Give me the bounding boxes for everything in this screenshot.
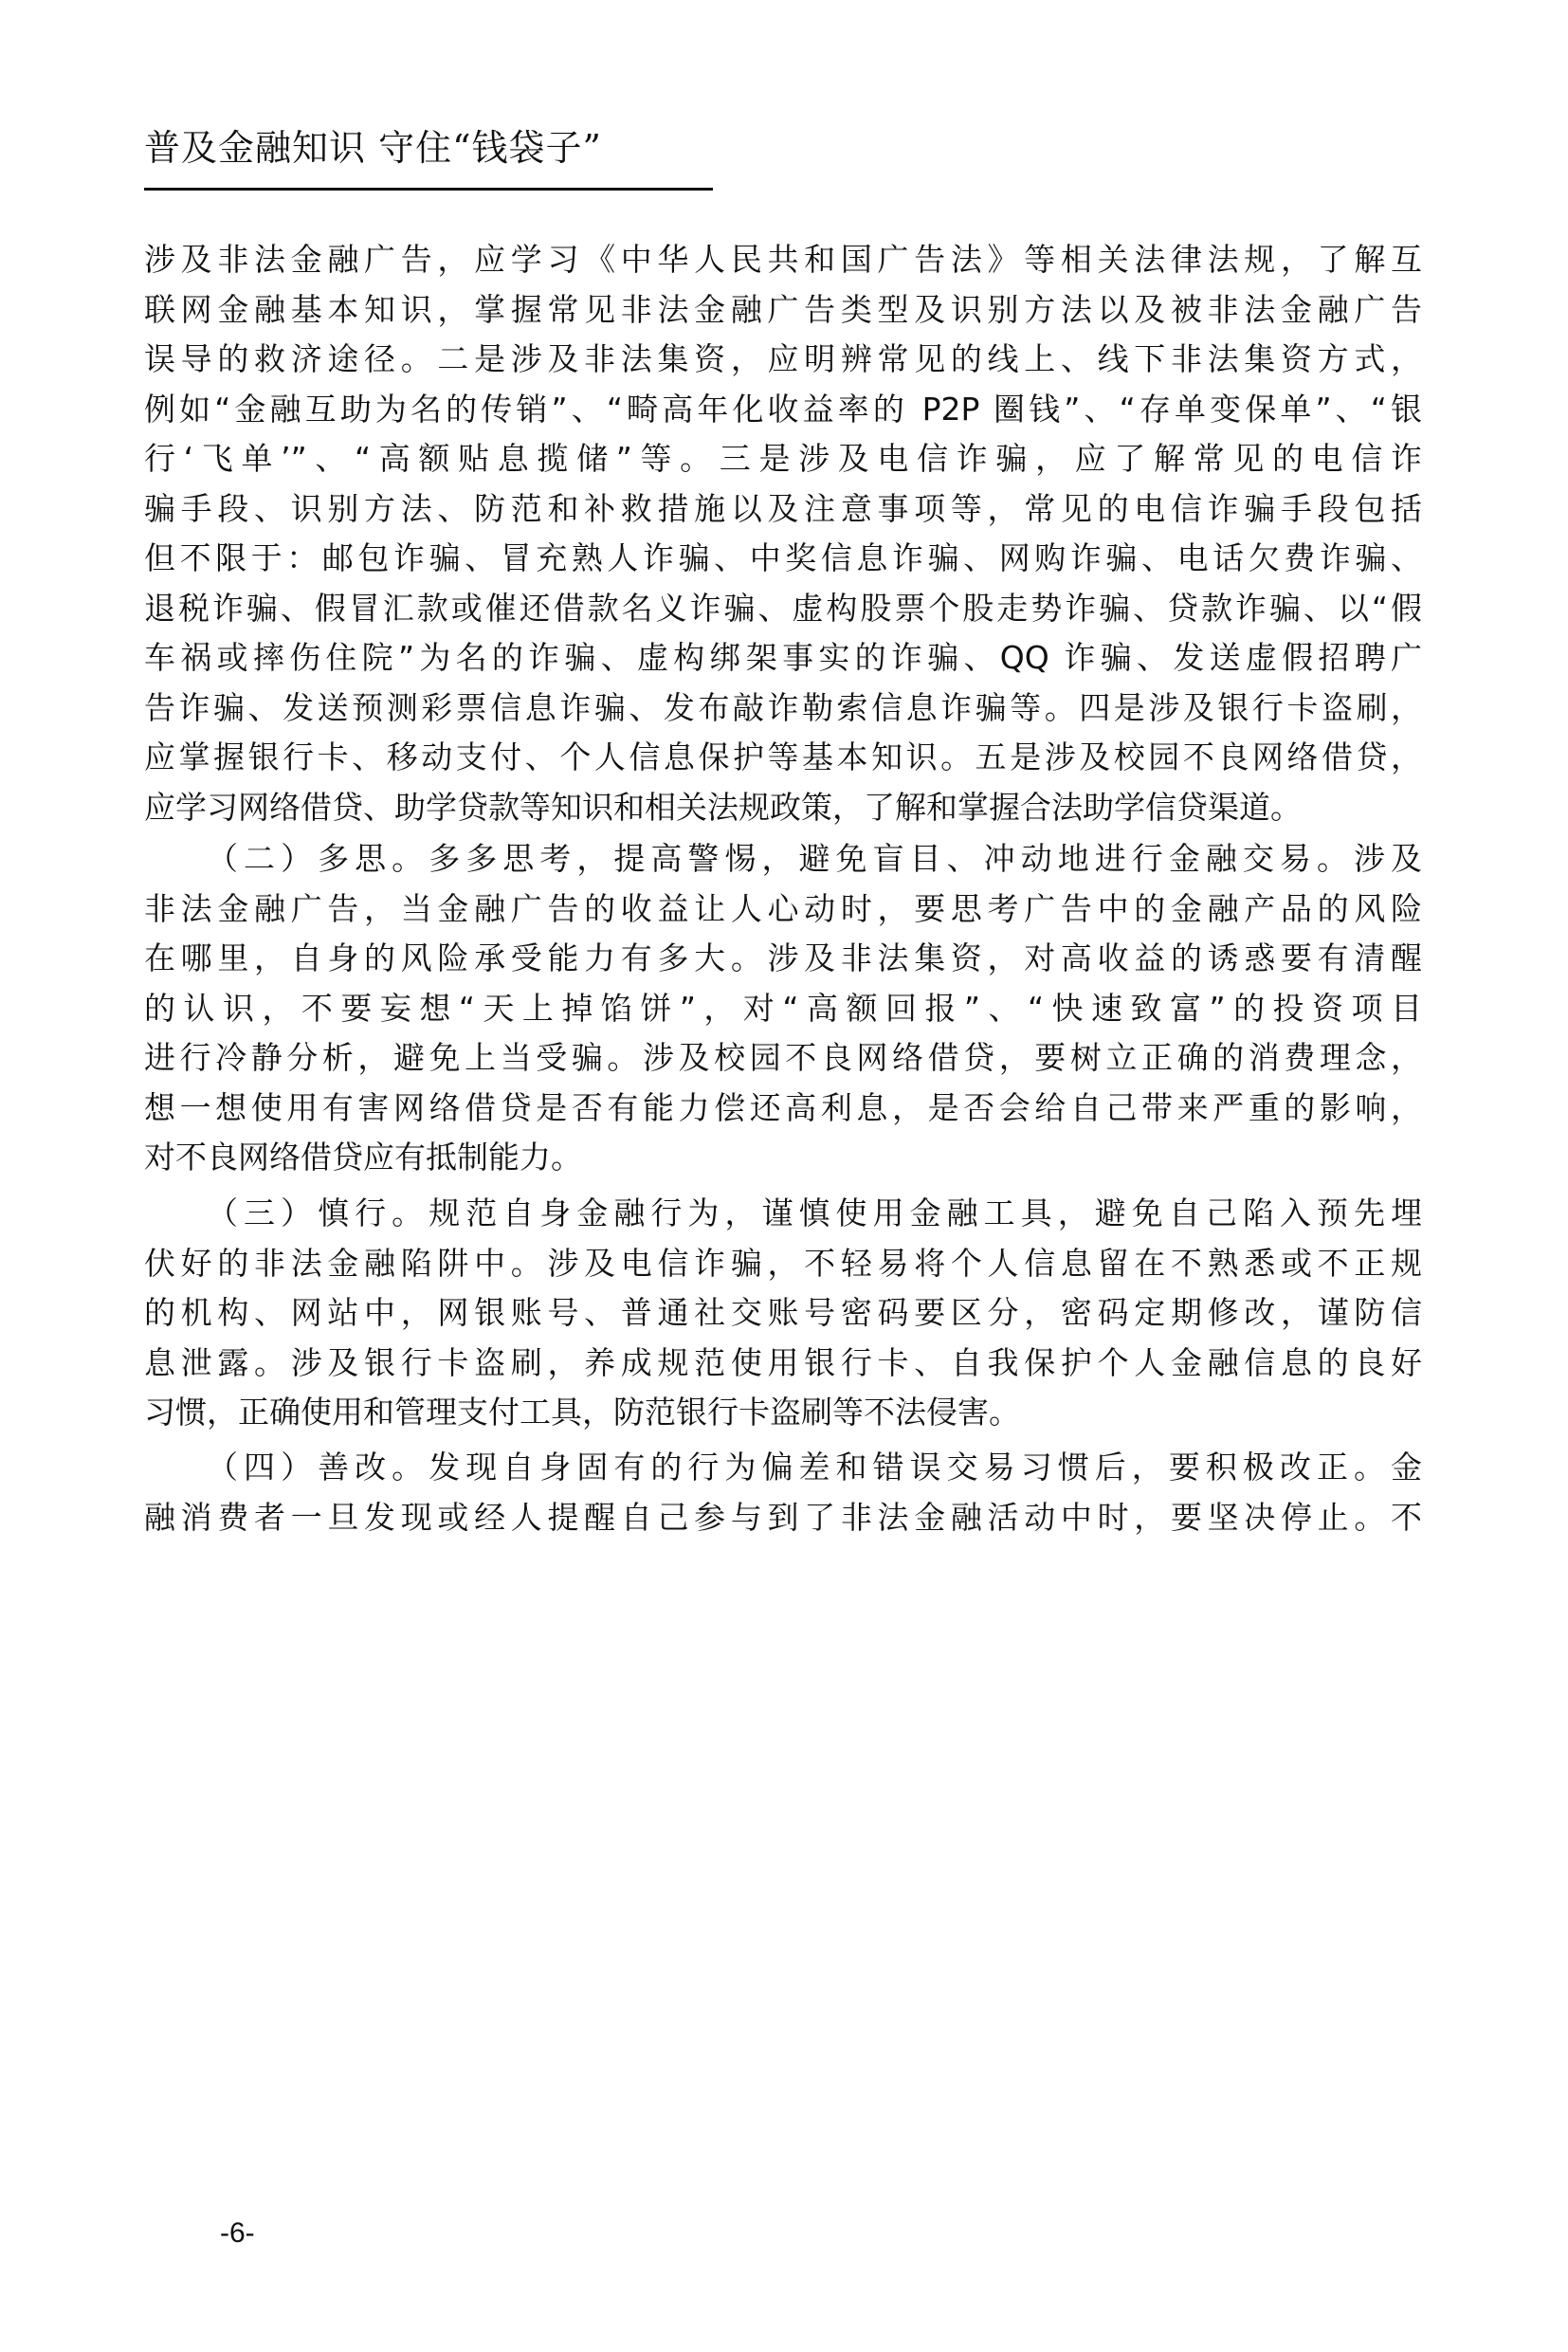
page-number: -6-: [220, 2215, 255, 2252]
text-line: 行‘飞单’”、“高额贴息揽储”等。三是涉及电信诈骗，应了解常见的电信诈: [144, 434, 1422, 483]
text-line: 退税诈骗、假冒汇款或催还借款名义诈骗、虚构股票个股走势诈骗、贷款诈骗、以“假: [144, 584, 1422, 633]
text-line: 告诈骗、发送预测彩票信息诈骗、发布敲诈勒索信息诈骗等。四是涉及银行卡盗刷，: [144, 684, 1422, 733]
text-line: 融消费者一旦发现或经人提醒自己参与到了非法金融活动中时，要坚决停止。不: [144, 1493, 1422, 1542]
text-line: 例如“金融互助为名的传销”、“畸高年化收益率的 P2P 圈钱”、“存单变保单”、…: [144, 385, 1422, 434]
text-line: 的机构、网站中，网银账号、普通社交账号密码要区分，密码定期修改，谨防信: [144, 1288, 1422, 1338]
running-title: 普及金融知识 守住“钱袋子”: [144, 121, 715, 174]
text-line: 对不良网络借贷应有抵制能力。: [144, 1133, 1422, 1182]
text-line: 但不限于：邮包诈骗、冒充熟人诈骗、中奖信息诈骗、网购诈骗、电话欠费诈骗、: [144, 534, 1422, 583]
text-line: 应掌握银行卡、移动支付、个人信息保护等基本知识。五是涉及校园不良网络借贷，: [144, 733, 1422, 782]
paragraph-heading-line: （二）多思。多多思考，提高警惕，避免盲目、冲动地进行金融交易。涉及: [207, 834, 1422, 884]
text-line: 在哪里，自身的风险承受能力有多大。涉及非法集资，对高收益的诱惑要有清醒: [144, 934, 1422, 983]
text-line: 息泄露。涉及银行卡盗刷，养成规范使用银行卡、自我保护个人金融信息的良好: [144, 1339, 1422, 1388]
paragraph-heading-line: （四）善改。发现自身固有的行为偏差和错误交易习惯后，要积极改正。金: [207, 1443, 1422, 1492]
text-line: 非法金融广告，当金融广告的收益让人心动时，要思考广告中的金融产品的风险: [144, 884, 1422, 934]
page-header: 普及金融知识 守住“钱袋子”: [144, 121, 715, 174]
text-line: 的认识，不要妄想“天上掉馅饼”，对“高额回报”、“快速致富”的投资项目: [144, 984, 1422, 1033]
text-line: 进行冷静分析，避免上当受骗。涉及校园不良网络借贷，要树立正确的消费理念，: [144, 1033, 1422, 1083]
text-line: 联网金融基本知识，掌握常见非法金融广告类型及识别方法以及被非法金融广告: [144, 285, 1422, 335]
text-line: 误导的救济途径。二是涉及非法集资，应明辨常见的线上、线下非法集资方式，: [144, 335, 1422, 384]
paragraph-heading-line: （三）慎行。规范自身金融行为，谨慎使用金融工具，避免自己陷入预先埋: [207, 1189, 1422, 1238]
text-line: 车祸或摔伤住院”为名的诈骗、虚构绑架事实的诈骗、QQ 诈骗、发送虚假招聘广: [144, 633, 1422, 683]
text-line: 骗手段、识别方法、防范和补救措施以及注意事项等，常见的电信诈骗手段包括: [144, 484, 1422, 534]
text-line: 习惯，正确使用和管理支付工具，防范银行卡盗刷等不法侵害。: [144, 1388, 1422, 1437]
text-line: 想一想使用有害网络借贷是否有能力偿还高利息，是否会给自己带来严重的影响，: [144, 1084, 1422, 1133]
text-line: 应学习网络借贷、助学贷款等知识和相关法规政策，了解和掌握合法助学信贷渠道。: [144, 783, 1422, 832]
header-rule-divider: [144, 188, 713, 191]
text-line: 涉及非法金融广告，应学习《中华人民共和国广告法》等相关法律法规，了解互: [144, 235, 1422, 284]
text-line: 伏好的非法金融陷阱中。涉及电信诈骗，不轻易将个人信息留在不熟悉或不正规: [144, 1239, 1422, 1288]
